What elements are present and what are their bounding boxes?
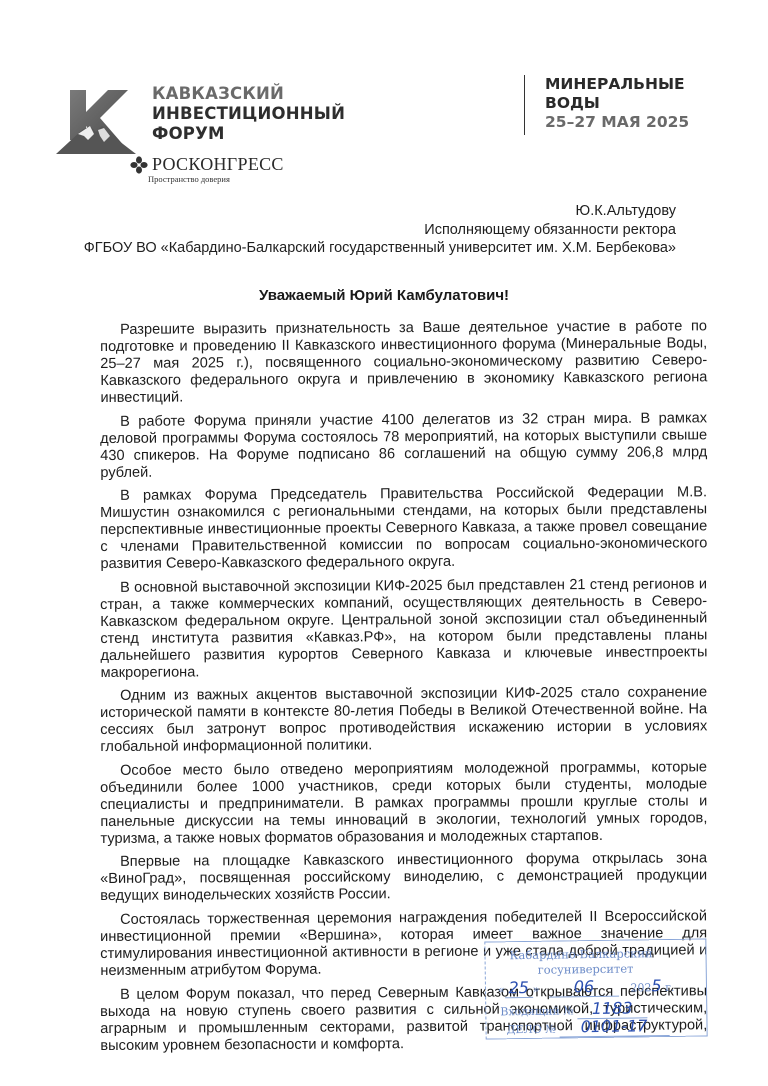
venue-dates: 25–27 МАЯ 2025 [545,113,689,132]
paragraph: Разрешите выразить признательность за Ва… [100,318,708,406]
stamp-university-line-1: Кабардино-Балкарский [509,946,652,962]
salutation: Уважаемый Юрий Камбулатович! [0,287,768,304]
paragraph: Впервые на площадке Кавказского инвестиц… [100,851,707,905]
forum-name-line-2: ИНВЕСТИЦИОННЫЙ [152,104,392,124]
addressee-organization: ФГБОУ ВО «Кабардино-Балкарский государст… [84,239,676,258]
roscongress-flower-icon [130,156,148,174]
paragraph: В рамках Форума Председатель Правительст… [100,484,708,572]
paragraph: В работе Форума приняли участие 4100 дел… [100,410,707,481]
venue-block: МИНЕРАЛЬНЫЕ ВОДЫ 25–27 МАЯ 2025 [524,75,689,135]
paragraph: Одним из важных акцентов выставочной экс… [100,684,707,755]
venue-city-line-1: МИНЕРАЛЬНЫЕ [545,75,689,94]
venue-city-line-2: ВОДЫ [545,94,689,113]
stamp-case-number: 0101-17 [559,1016,669,1038]
paragraph: В основной выставочной экспозиции КИФ-20… [100,576,708,681]
roscongress-name: РОСКОНГРЕСС [152,154,284,175]
stamp-year-suffix: 5 [651,976,661,995]
paragraph: Особое место было отведено мероприятиям … [100,759,708,847]
forum-name-line-1: КАВКАЗСКИЙ [152,84,392,104]
roscongress-tagline: Пространство доверия [148,174,230,184]
stamp-date-row: «25» 06 2025 г. [498,976,698,999]
stamp-case-row: ДЕЛО № 0101-17 [506,1016,669,1038]
stamp-year-prefix: 202 [630,981,651,994]
stamp-incoming-label: Входящий № [500,1004,574,1018]
stamp-year-unit: г. [665,981,674,994]
stamp-university-line-2: госуниверситет [538,961,634,976]
roscongress-logo: РОСКОНГРЕСС [130,154,284,175]
stamp-month: 06 [549,977,619,998]
stamp-day: 25 [505,978,533,998]
stamp-case-label: ДЕЛО № [506,1023,555,1037]
addressee-name: Ю.К.Альтудову [84,202,676,221]
addressee-position: Исполняющему обязанности ректора [84,221,676,240]
registration-stamp: Кабардино-Балкарский госуниверситет «25»… [484,938,707,1039]
addressee-block: Ю.К.Альтудову Исполняющему обязанности р… [84,202,676,258]
mountain-k-logo-icon [56,90,138,156]
forum-name-line-3: ФОРУМ [152,124,392,144]
forum-name: КАВКАЗСКИЙ ИНВЕСТИЦИОННЫЙ ФОРУМ [152,84,392,144]
